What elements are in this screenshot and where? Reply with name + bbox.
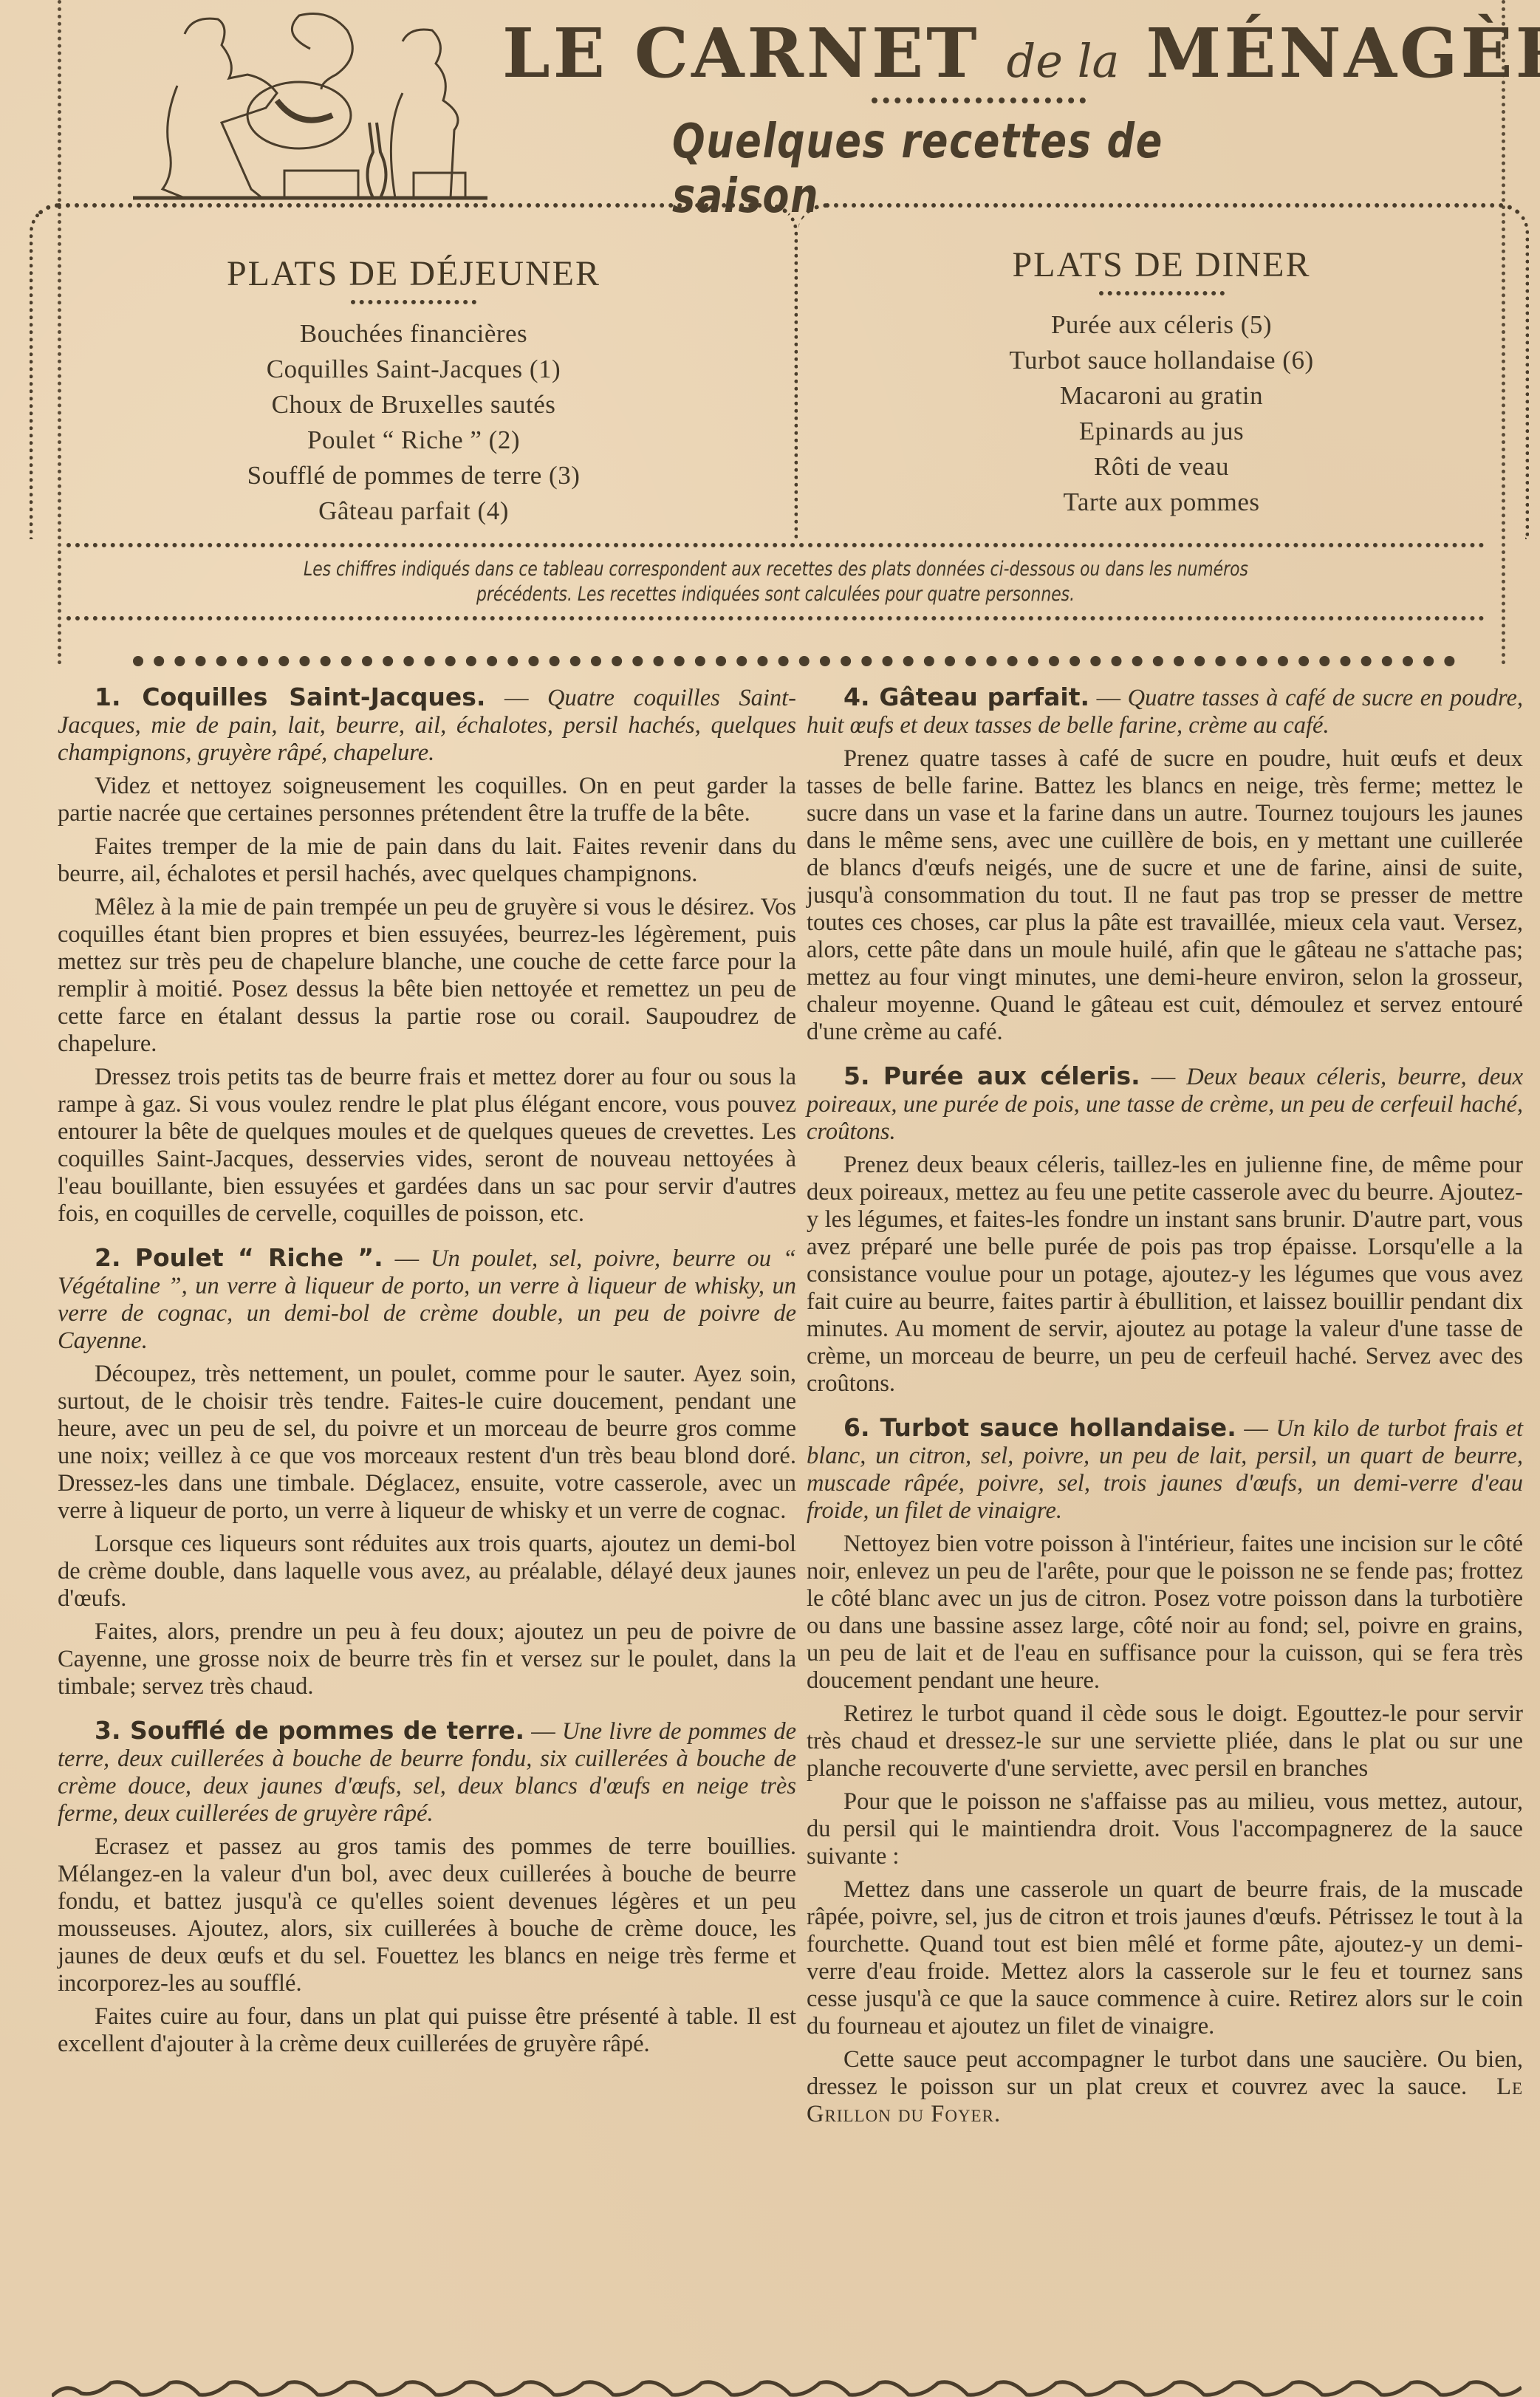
recipe-paragraph: Prenez deux beaux céleris, taillez-les e… [807, 1152, 1523, 1398]
wave-border-ornament-icon [52, 2380, 1522, 2397]
footnote-line-1: Les chiffres indiqués dans ce tableau co… [304, 557, 1248, 582]
menu-dejeuner-title: PLATS DE DÉJEUNER [33, 253, 794, 294]
recipe-paragraph: Découpez, très nettement, un poulet, com… [58, 1361, 796, 1525]
menu-item: Rôti de veau [798, 449, 1525, 485]
recipe-poulet: 2. Poulet “ Riche ”. — Un poulet, sel, p… [58, 1244, 796, 1700]
recipe-title: 2. Poulet “ Riche ”. [95, 1243, 383, 1272]
recipe-title: 6. Turbot sauce hollandaise. [843, 1413, 1236, 1442]
recipe-paragraph: Ecrasez et passez au gros tamis des pomm… [58, 1833, 796, 1997]
section-divider-dots [133, 656, 1455, 666]
title-part-de-la: de la [1007, 34, 1120, 88]
dash: — [1236, 1415, 1276, 1442]
recipe-coquilles: 1. Coquilles Saint-Jacques. — Quatre coq… [58, 683, 796, 1228]
menu-item: Purée aux céleris (5) [798, 307, 1525, 343]
title-part-menagere: MÉNAGÈRE [1146, 13, 1540, 93]
menu-divider [1099, 291, 1225, 295]
recipe-title: 1. Coquilles Saint-Jacques. [95, 683, 485, 711]
recipe-paragraph: Videz et nettoyez soigneusement les coqu… [58, 773, 796, 827]
title-divider [872, 98, 1086, 109]
dash: — [1140, 1064, 1186, 1090]
recipe-paragraph: Retirez le turbot quand il cède sous le … [807, 1700, 1523, 1782]
recipe-paragraph-text: Cette sauce peut accompagner le turbot d… [807, 2046, 1523, 2100]
recipe-souffle: 3. Soufflé de pommes de terre. — Une liv… [58, 1717, 796, 2058]
title-part-carnet: LE CARNET [502, 13, 980, 93]
newspaper-page: LE CARNET de la MÉNAGÈRE Quelques recett… [0, 0, 1540, 2397]
left-column: 1. Coquilles Saint-Jacques. — Quatre coq… [58, 683, 796, 2074]
menu-item: Choux de Bruxelles sautés [33, 387, 794, 423]
menu-item: Gâteau parfait (4) [33, 493, 794, 529]
menu-item: Epinards au jus [798, 414, 1525, 449]
footnote-line-2: précédents. Les recettes indiquées sont … [476, 582, 1075, 607]
menu-item: Soufflé de pommes de terre (3) [33, 458, 794, 493]
recipe-paragraph: Pour que le poisson ne s'affaisse pas au… [807, 1788, 1523, 1870]
recipe-paragraph: Faites, alors, prendre un peu à feu doux… [58, 1618, 796, 1700]
menu-item: Tarte aux pommes [798, 485, 1525, 520]
recipe-title: 4. Gâteau parfait. [843, 683, 1089, 711]
right-column: 4. Gâteau parfait. — Quatre tasses à caf… [807, 683, 1523, 2144]
menu-diner-title: PLATS DE DINER [798, 245, 1525, 285]
recipe-paragraph: Faites tremper de la mie de pain dans du… [58, 833, 796, 888]
recipe-turbot: 6. Turbot sauce hollandaise. — Un kilo d… [807, 1414, 1523, 2128]
recipe-gateau: 4. Gâteau parfait. — Quatre tasses à caf… [807, 683, 1523, 1046]
page-title: LE CARNET de la MÉNAGÈRE [502, 13, 1462, 93]
menu-item: Macaroni au gratin [798, 378, 1525, 414]
menu-dejeuner-box: PLATS DE DÉJEUNER Bouchées financières C… [30, 203, 798, 539]
menu-item: Turbot sauce hollandaise (6) [798, 343, 1525, 378]
recipe-puree: 5. Purée aux céleris. — Deux beaux céler… [807, 1062, 1523, 1398]
recipe-paragraph: Mettez dans une casserole un quart de be… [807, 1876, 1523, 2040]
dash: — [485, 685, 547, 711]
recipe-paragraph: Lorsque ces liqueurs sont réduites aux t… [58, 1531, 796, 1613]
dash: — [524, 1718, 562, 1745]
cooks-illustration-icon [118, 4, 502, 205]
menu-divider [351, 300, 476, 304]
dash: — [383, 1245, 431, 1272]
recipe-paragraph: Prenez quatre tasses à café de sucre en … [807, 745, 1523, 1046]
recipe-paragraph: Nettoyez bien votre poisson à l'intérieu… [807, 1531, 1523, 1695]
recipe-title: 3. Soufflé de pommes de terre. [95, 1716, 524, 1745]
menu-item: Bouchées financières [33, 316, 794, 352]
menu-item: Coquilles Saint-Jacques (1) [33, 352, 794, 387]
footnote-box: Les chiffres indiqués dans ce tableau co… [66, 543, 1485, 620]
recipe-title: 5. Purée aux céleris. [843, 1061, 1140, 1090]
recipe-paragraph: Mêlez à la mie de pain trempée un peu de… [58, 894, 796, 1058]
dash: — [1089, 685, 1128, 711]
recipe-paragraph: Dressez trois petits tas de beurre frais… [58, 1064, 796, 1228]
recipe-paragraph: Faites cuire au four, dans un plat qui p… [58, 2003, 796, 2058]
menu-diner-box: PLATS DE DINER Purée aux céleris (5) Tur… [798, 203, 1529, 539]
menu-item: Poulet “ Riche ” (2) [33, 423, 794, 458]
recipe-paragraph-final: Cette sauce peut accompagner le turbot d… [807, 2046, 1523, 2128]
